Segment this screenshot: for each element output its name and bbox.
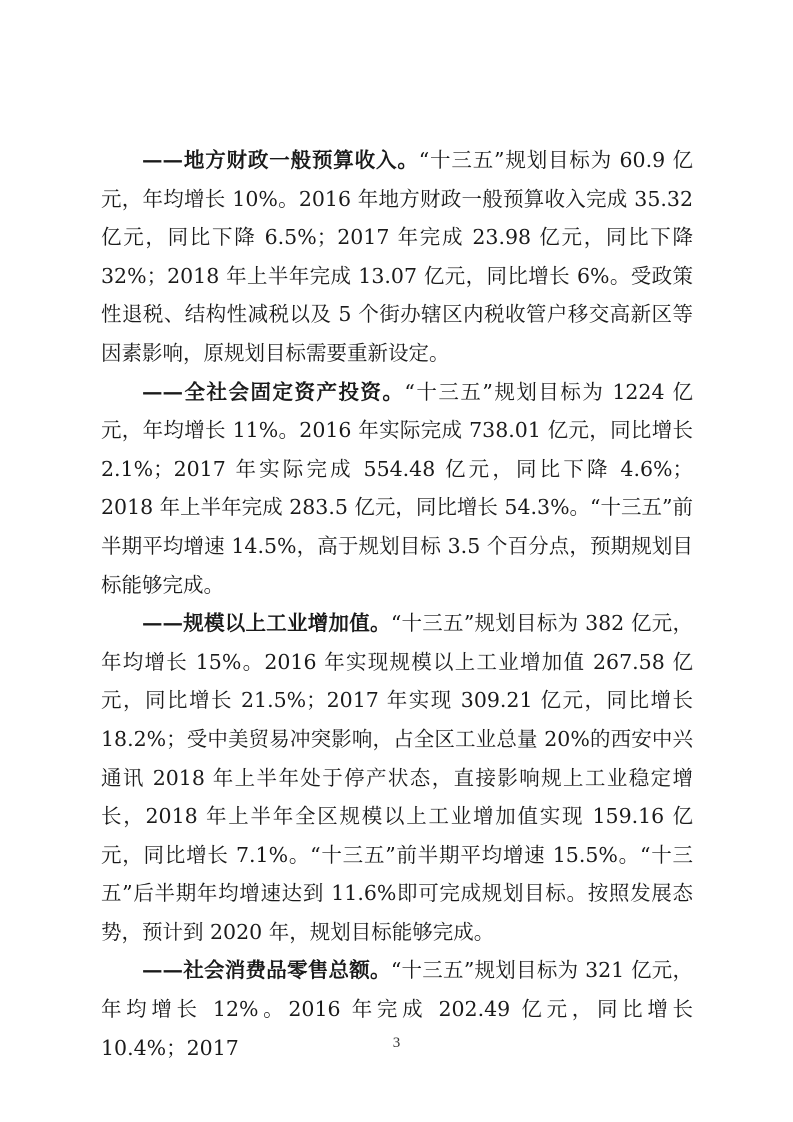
document-page: ——地方财政一般预算收入。“十三五”规划目标为 60.9 亿元，年均增长 10%… — [101, 141, 693, 1067]
paragraph-heading: ——规模以上工业增加值。 — [142, 611, 391, 635]
paragraph-fixed-asset-investment: ——全社会固定资产投资。“十三五”规划目标为 1224 亿元，年均增长 11%。… — [101, 373, 693, 605]
paragraph-body: “十三五”规划目标为 60.9 亿元，年均增长 10%。2016 年地方财政一般… — [101, 148, 693, 365]
paragraph-body: “十三五”规划目标为 382 亿元，年均增长 15%。2016 年实现规模以上工… — [101, 611, 693, 944]
paragraph-body: “十三五”规划目标为 1224 亿元，年均增长 11%。2016 年实际完成 7… — [101, 380, 693, 597]
paragraph-heading: ——社会消费品零售总额。 — [142, 958, 391, 982]
page-number: 3 — [0, 1035, 793, 1052]
paragraph-fiscal-revenue: ——地方财政一般预算收入。“十三五”规划目标为 60.9 亿元，年均增长 10%… — [101, 141, 693, 373]
paragraph-heading: ——地方财政一般预算收入。 — [142, 148, 419, 172]
paragraph-heading: ——全社会固定资产投资。 — [142, 380, 404, 404]
paragraph-industrial-value-added: ——规模以上工业增加值。“十三五”规划目标为 382 亿元，年均增长 15%。2… — [101, 604, 693, 951]
